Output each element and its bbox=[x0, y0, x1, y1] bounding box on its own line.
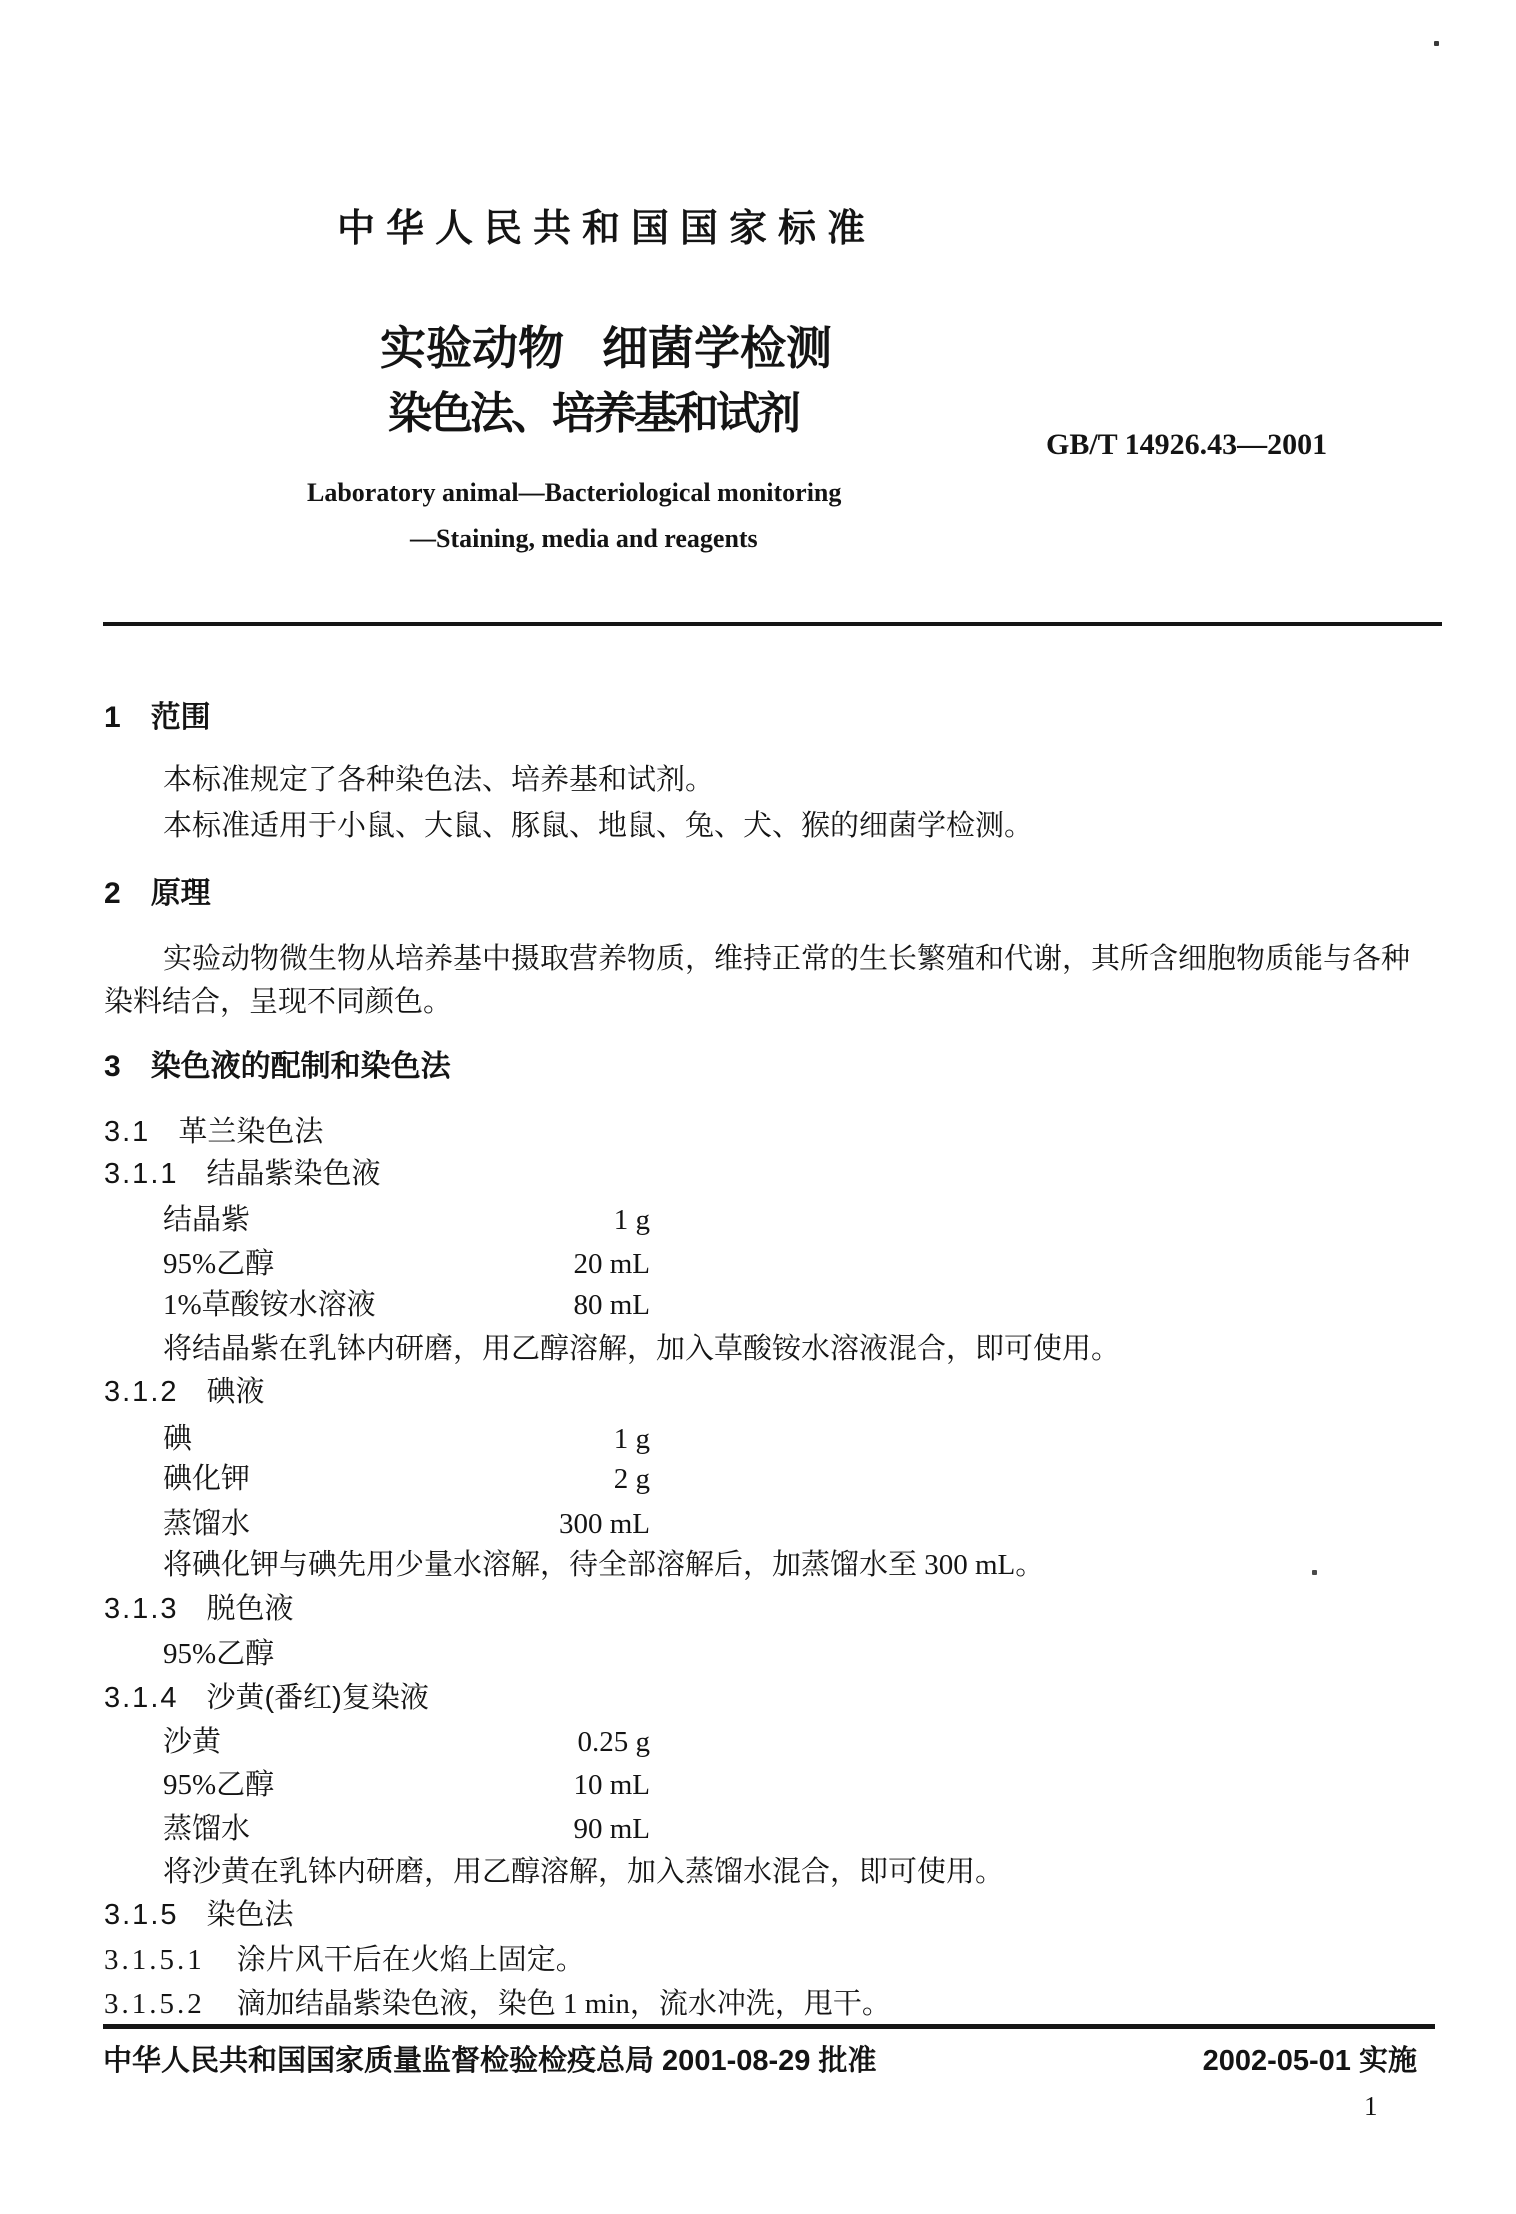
clause-3-1-2-heading: 3.1.2碘液 bbox=[104, 1372, 265, 1412]
section-3-number: 3 bbox=[104, 1047, 123, 1087]
doc-title-line1: 实验动物细菌学检测 bbox=[380, 320, 832, 376]
clause-3-1-3-number: 3.1.3 bbox=[104, 1589, 179, 1629]
section-3-heading: 3染色液的配制和染色法 bbox=[104, 1047, 451, 1087]
reagent-row: 碘化钾2 g bbox=[163, 1459, 650, 1499]
section-2-title: 原理 bbox=[151, 877, 211, 910]
clause-3-1-5-number: 3.1.5 bbox=[104, 1895, 179, 1935]
reagent-amount: 300 mL bbox=[559, 1504, 650, 1544]
reagent-amount: 1 g bbox=[614, 1200, 650, 1240]
clause-3-1-1-heading: 3.1.1结晶紫染色液 bbox=[104, 1154, 381, 1194]
reagent-label: 结晶紫 bbox=[163, 1200, 250, 1240]
section-1-heading: 1范围 bbox=[104, 698, 211, 738]
reagent-label: 95%乙醇 bbox=[163, 1765, 274, 1805]
staining-step-1-text: 涂片风干后在火焰上固定。 bbox=[237, 1944, 585, 1976]
standard-document-page: 中华人民共和国国家标准 实验动物细菌学检测 染色法、培养基和试剂 GB/T 14… bbox=[0, 0, 1516, 2214]
standard-number: GB/T 14926.43—2001 bbox=[1046, 426, 1327, 464]
preparation-note: 将碘化钾与碘先用少量水溶解，待全部溶解后，加蒸馏水至 300 mL。 bbox=[163, 1545, 1044, 1585]
english-title-line1: Laboratory animal—Bacteriological monito… bbox=[307, 476, 841, 510]
scan-speck bbox=[1312, 1570, 1317, 1575]
scan-speck bbox=[1434, 41, 1439, 46]
page-number: 1 bbox=[1364, 2086, 1378, 2126]
section-1-number: 1 bbox=[104, 698, 123, 738]
scope-paragraph-1: 本标准规定了各种染色法、培养基和试剂。 bbox=[163, 760, 714, 800]
clause-3-1-5-heading: 3.1.5染色法 bbox=[104, 1895, 294, 1935]
preparation-note: 将沙黄在乳钵内研磨，用乙醇溶解，加入蒸馏水混合，即可使用。 bbox=[163, 1852, 1004, 1892]
staining-step-1: 3.1.5.1涂片风干后在火焰上固定。 bbox=[104, 1940, 585, 1980]
reagent-amount: 90 mL bbox=[573, 1809, 650, 1849]
reagent-label: 95%乙醇 bbox=[163, 1244, 274, 1284]
clause-3-1-3-title: 脱色液 bbox=[207, 1593, 294, 1625]
clause-3-1-1-title: 结晶紫染色液 bbox=[207, 1158, 381, 1190]
reagent-label: 蒸馏水 bbox=[163, 1809, 250, 1849]
principle-paragraph-line1: 实验动物微生物从培养基中摄取营养物质，维持正常的生长繁殖和代谢，其所含细胞物质能… bbox=[163, 939, 1410, 979]
reagent-label: 蒸馏水 bbox=[163, 1504, 250, 1544]
staining-step-2-number: 3.1.5.2 bbox=[104, 1984, 205, 2024]
section-2-number: 2 bbox=[104, 874, 123, 914]
staining-step-2: 3.1.5.2滴加结晶紫染色液，染色 1 min，流水冲洗，甩干。 bbox=[104, 1984, 891, 2024]
national-standard-label: 中华人民共和国国家标准 bbox=[337, 206, 876, 252]
clause-3-1-5-title: 染色法 bbox=[207, 1899, 294, 1931]
clause-3-1-2-number: 3.1.2 bbox=[104, 1372, 179, 1412]
title-divider-rule bbox=[103, 622, 1442, 626]
scope-paragraph-2: 本标准适用于小鼠、大鼠、豚鼠、地鼠、兔、犬、猴的细菌学检测。 bbox=[163, 806, 1033, 846]
approval-statement: 中华人民共和国国家质量监督检验检疫总局 2001-08-29 批准 bbox=[103, 2042, 876, 2080]
reagent-row: 95%乙醇20 mL bbox=[163, 1244, 650, 1284]
clause-3-1-2-title: 碘液 bbox=[207, 1376, 265, 1408]
reagent-amount: 2 g bbox=[614, 1459, 650, 1499]
reagent-row: 95%乙醇10 mL bbox=[163, 1765, 650, 1805]
reagent-label: 沙黄 bbox=[163, 1722, 221, 1762]
principle-paragraph-line2: 染料结合，呈现不同颜色。 bbox=[104, 982, 452, 1022]
reagent-row: 1%草酸铵水溶液80 mL bbox=[163, 1285, 650, 1325]
reagent-amount: 10 mL bbox=[573, 1765, 650, 1805]
clause-3-1-title: 革兰染色法 bbox=[178, 1116, 323, 1148]
clause-3-1-4-heading: 3.1.4沙黄(番红)复染液 bbox=[104, 1678, 429, 1718]
section-3-title: 染色液的配制和染色法 bbox=[151, 1050, 451, 1083]
clause-3-1-heading: 3.1革兰染色法 bbox=[104, 1112, 323, 1152]
clause-3-1-4-number: 3.1.4 bbox=[104, 1678, 179, 1718]
doc-title-line2: 染色法、培养基和试剂 bbox=[388, 386, 798, 442]
implementation-date: 2002-05-01 实施 bbox=[1203, 2042, 1417, 2080]
reagent-amount: 80 mL bbox=[573, 1285, 650, 1325]
clause-3-1-3-heading: 3.1.3脱色液 bbox=[104, 1589, 294, 1629]
reagent-row: 沙黄0.25 g bbox=[163, 1722, 650, 1762]
clause-3-1-1-number: 3.1.1 bbox=[104, 1154, 179, 1194]
reagent-amount: 1 g bbox=[614, 1419, 650, 1459]
section-2-heading: 2原理 bbox=[104, 874, 211, 914]
reagent-label: 1%草酸铵水溶液 bbox=[163, 1285, 376, 1325]
reagent-row: 蒸馏水300 mL bbox=[163, 1504, 650, 1544]
reagent-row: 碘1 g bbox=[163, 1419, 650, 1459]
reagent-label: 碘化钾 bbox=[163, 1459, 250, 1499]
doc-title-part2: 细菌学检测 bbox=[602, 322, 832, 374]
clause-3-1-4-title: 沙黄(番红)复染液 bbox=[207, 1682, 429, 1714]
preparation-note: 将结晶紫在乳钵内研磨，用乙醇溶解，加入草酸铵水溶液混合，即可使用。 bbox=[163, 1329, 1120, 1369]
reagent-amount: 0.25 g bbox=[578, 1722, 651, 1762]
section-1-title: 范围 bbox=[151, 701, 211, 734]
decolorizer-ingredient: 95%乙醇 bbox=[163, 1634, 274, 1674]
reagent-amount: 20 mL bbox=[573, 1244, 650, 1284]
reagent-row: 结晶紫1 g bbox=[163, 1200, 650, 1240]
footer-divider-rule bbox=[103, 2024, 1435, 2029]
reagent-label: 碘 bbox=[163, 1419, 192, 1459]
staining-step-1-number: 3.1.5.1 bbox=[104, 1940, 205, 1980]
reagent-row: 蒸馏水90 mL bbox=[163, 1809, 650, 1849]
staining-step-2-text: 滴加结晶紫染色液，染色 1 min，流水冲洗，甩干。 bbox=[237, 1988, 891, 2020]
doc-title-part1: 实验动物 bbox=[380, 320, 564, 376]
clause-3-1-number: 3.1 bbox=[104, 1112, 150, 1152]
english-title-line2: —Staining, media and reagents bbox=[410, 522, 758, 556]
